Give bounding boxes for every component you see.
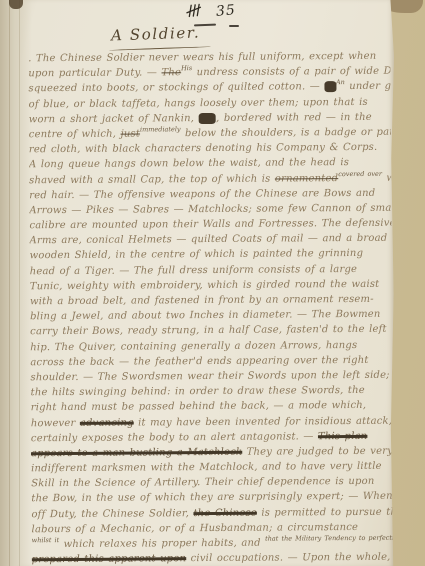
line-text: bling a Jewel, and about two Inches in d…: [30, 309, 381, 322]
line-text: carry their Bows, ready strung, in a hal…: [30, 324, 387, 337]
line-text: labours of a Mechanic, or of a Husbandma…: [32, 522, 359, 535]
line-text: however: [31, 417, 80, 428]
struck-text: advancing: [80, 417, 134, 428]
line-text: it may have been invented for insidious …: [134, 415, 393, 428]
line-text: is permitted to pursue the: [257, 506, 394, 518]
struck-text: This plan: [318, 431, 367, 442]
line-text: right hand must be passed behind the bac…: [31, 400, 367, 413]
struck-text: appears to a man bustling a Matchlock: [31, 447, 242, 459]
struck-text: prepared this apparent upon: [32, 553, 187, 565]
line-text: under garment: [345, 81, 394, 93]
line-text: squeezed into boots, or stockings of qui…: [28, 82, 324, 95]
photo-backing: { "page": { "number": "35", "title": "A …: [0, 0, 425, 566]
line-text: Arrows — Pikes — Sabres — Matchlocks; so…: [29, 203, 394, 217]
line-text: Arms are, conical Helmets — quilted Coat…: [29, 233, 387, 246]
line-text: Skill in the Science of Artillery. Their…: [31, 476, 374, 489]
manuscript-page: 35 A Soldier. . The Chinese Soldier neve…: [0, 0, 394, 566]
interlinear-insertion: An: [336, 78, 345, 86]
line-text: shaved with a small Cap, the top of whic…: [29, 173, 275, 186]
line-text: centre of which,: [29, 129, 121, 141]
line-text: civil occupations. — Upon the whole, the: [186, 552, 394, 565]
line-text: the hilts swinging behind: in order to d…: [31, 385, 365, 398]
struck-text: ornamented: [275, 173, 338, 184]
interlinear-insertion: covered over: [338, 169, 382, 177]
binding-crease: [19, 0, 20, 566]
line-text: with a broad belt, and fastened in front…: [30, 294, 374, 307]
line-text: . The Chinese Soldier never wears his fu…: [28, 51, 376, 64]
ink-blot: xxx: [198, 113, 216, 124]
line-text: off Duty, the Chinese Soldier,: [31, 508, 193, 520]
line-text: hip. The Quiver, containing generally a …: [30, 340, 357, 353]
struck-text: the Chinese: [193, 507, 257, 518]
line-text: certainly exposes the body to an alert a…: [31, 431, 318, 444]
line-text: , bordered with red — in the: [216, 112, 372, 124]
ink-scribble-icon: [183, 2, 205, 24]
binding-crease: [9, 0, 10, 566]
line-text: calibre are mounted upon their Walls and…: [29, 218, 393, 232]
line-text: head of a Tiger. — The full dress unifor…: [30, 264, 357, 277]
line-text: which relaxes his proper habits, and: [59, 538, 265, 550]
line-text: They are judged to be very: [242, 446, 393, 458]
interlinear-insertion: His: [181, 64, 192, 72]
line-text: undress consists of a pair of wide Drawe…: [192, 66, 394, 79]
interlinear-insertion: immediately: [140, 125, 181, 133]
interlinear-insertion: whilst it: [32, 536, 60, 544]
line-text: wooden Shield, in the centre of which is…: [30, 248, 364, 261]
line-text: A long queue hangs down below the waist,…: [29, 157, 349, 170]
ink-blot: xx: [324, 81, 336, 92]
line-text: across the back — the feather'd ends app…: [30, 355, 368, 368]
line-text: shoulder. — The Swordsmen wear their Swo…: [30, 370, 389, 384]
struck-text: just: [121, 128, 141, 139]
line-text: below the shoulders, is a badge or patch…: [181, 126, 394, 139]
line-text: with: [382, 172, 394, 183]
line-text: indifferent marksmen with the Matchlock,…: [31, 461, 382, 474]
interlinear-insertion: that the Military Tendency to perfection…: [265, 533, 394, 542]
line-text: worn a short jacket of Nankin,: [29, 113, 199, 125]
manuscript-line: prepared this apparent upon civil occupa…: [32, 550, 394, 566]
line-text: the Bow, in the use of which they are su…: [31, 491, 393, 505]
binding-gutter: [0, 0, 32, 566]
manuscript-lines: . The Chinese Soldier never wears his fu…: [28, 49, 394, 566]
line-text: of blue, or black taffeta, hangs loosely…: [29, 96, 368, 109]
page-number: 35: [215, 2, 236, 20]
line-text: Tunic, weighty with embroidery, which is…: [30, 279, 380, 292]
line-text: red cloth, with black characters denotin…: [29, 142, 378, 155]
underline-dash: [229, 25, 239, 27]
page-title: A Soldier.: [111, 23, 201, 44]
line-text: red hair. — The offensive weapons of the…: [29, 188, 375, 201]
line-text: upon particular Duty. —: [28, 68, 161, 80]
struck-text: The: [161, 67, 181, 78]
